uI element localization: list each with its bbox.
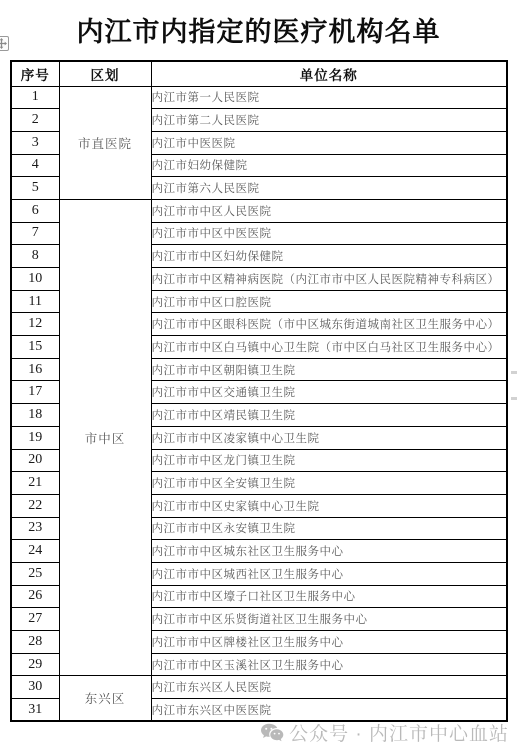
col-header-unit-name: 单位名称 [151,61,507,86]
serial-cell: 21 [11,472,59,495]
unit-name-cell: 内江市市中区永安镇卫生院 [151,517,507,540]
serial-cell: 7 [11,222,59,245]
unit-name-cell: 内江市市中区玉溪社区卫生服务中心 [151,653,507,676]
unit-name-cell: 内江市市中区乐贤街道社区卫生服务中心 [151,608,507,631]
unit-name-cell: 内江市市中区口腔医院 [151,290,507,313]
serial-cell: 25 [11,562,59,585]
unit-name-cell: 内江市妇幼保健院 [151,154,507,177]
right-edge-marker [511,371,517,374]
serial-cell: 6 [11,199,59,222]
serial-cell: 15 [11,336,59,359]
table-row: 6市中区内江市市中区人民医院 [11,199,507,222]
serial-cell: 20 [11,449,59,472]
unit-name-cell: 内江市市中区靖民镇卫生院 [151,404,507,427]
serial-cell: 18 [11,404,59,427]
serial-cell: 28 [11,631,59,654]
unit-name-cell: 内江市市中区中医医院 [151,222,507,245]
serial-cell: 23 [11,517,59,540]
unit-name-cell: 内江市东兴区人民医院 [151,676,507,699]
unit-name-cell: 内江市第一人民医院 [151,86,507,109]
document-page: 内江市内指定的医疗机构名单 序号 区划 单位名称 1市直医院内江市第一人民医院2… [0,0,517,754]
serial-cell: 4 [11,154,59,177]
unit-name-cell: 内江市东兴区中医医院 [151,699,507,722]
unit-name-cell: 内江市市中区人民医院 [151,199,507,222]
serial-cell: 26 [11,585,59,608]
unit-name-cell: 内江市市中区朝阳镇卫生院 [151,358,507,381]
unit-name-cell: 内江市市中区妇幼保健院 [151,245,507,268]
unit-name-cell: 内江市市中区精神病医院（内江市市中区人民医院精神专科病区） [151,268,507,291]
watermark: 公众号 · 内江市中心血站 [260,719,509,746]
serial-cell: 1 [11,86,59,109]
unit-name-cell: 内江市市中区眼科医院（市中区城东街道城南社区卫生服务中心） [151,313,507,336]
unit-name-cell: 内江市市中区城西社区卫生服务中心 [151,562,507,585]
district-cell: 市直医院 [59,86,151,199]
watermark-text: 公众号 · 内江市中心血站 [289,719,509,746]
col-header-district: 区划 [59,61,151,86]
serial-cell: 10 [11,268,59,291]
page-title: 内江市内指定的医疗机构名单 [0,10,517,49]
unit-name-cell: 内江市市中区龙门镇卫生院 [151,449,507,472]
serial-cell: 8 [11,245,59,268]
serial-cell: 19 [11,426,59,449]
serial-cell: 31 [11,699,59,722]
district-cell: 东兴区 [59,676,151,721]
col-header-serial: 序号 [11,61,59,86]
unit-name-cell: 内江市市中区史家镇中心卫生院 [151,494,507,517]
serial-cell: 30 [11,676,59,699]
wechat-icon [260,723,284,743]
header-row: 序号 区划 单位名称 [11,61,507,86]
unit-name-cell: 内江市中医医院 [151,131,507,154]
unit-name-cell: 内江市第二人民医院 [151,109,507,132]
serial-cell: 2 [11,109,59,132]
unit-name-cell: 内江市第六人民医院 [151,177,507,200]
table-row: 30东兴区内江市东兴区人民医院 [11,676,507,699]
serial-cell: 12 [11,313,59,336]
serial-cell: 27 [11,608,59,631]
unit-name-cell: 内江市市中区白马镇中心卫生院（市中区白马社区卫生服务中心） [151,336,507,359]
serial-cell: 24 [11,540,59,563]
right-edge-marker [511,397,517,400]
unit-name-cell: 内江市市中区凌家镇中心卫生院 [151,426,507,449]
serial-cell: 5 [11,177,59,200]
medical-institutions-table: 序号 区划 单位名称 1市直医院内江市第一人民医院2内江市第二人民医院3内江市中… [10,60,508,722]
table-row: 1市直医院内江市第一人民医院 [11,86,507,109]
district-cell: 市中区 [59,199,151,675]
serial-cell: 16 [11,358,59,381]
serial-cell: 3 [11,131,59,154]
serial-cell: 17 [11,381,59,404]
unit-name-cell: 内江市市中区交通镇卫生院 [151,381,507,404]
unit-name-cell: 内江市市中区牌楼社区卫生服务中心 [151,631,507,654]
serial-cell: 11 [11,290,59,313]
unit-name-cell: 内江市市中区全安镇卫生院 [151,472,507,495]
unit-name-cell: 内江市市中区壕子口社区卫生服务中心 [151,585,507,608]
serial-cell: 22 [11,494,59,517]
unit-name-cell: 内江市市中区城东社区卫生服务中心 [151,540,507,563]
serial-cell: 29 [11,653,59,676]
